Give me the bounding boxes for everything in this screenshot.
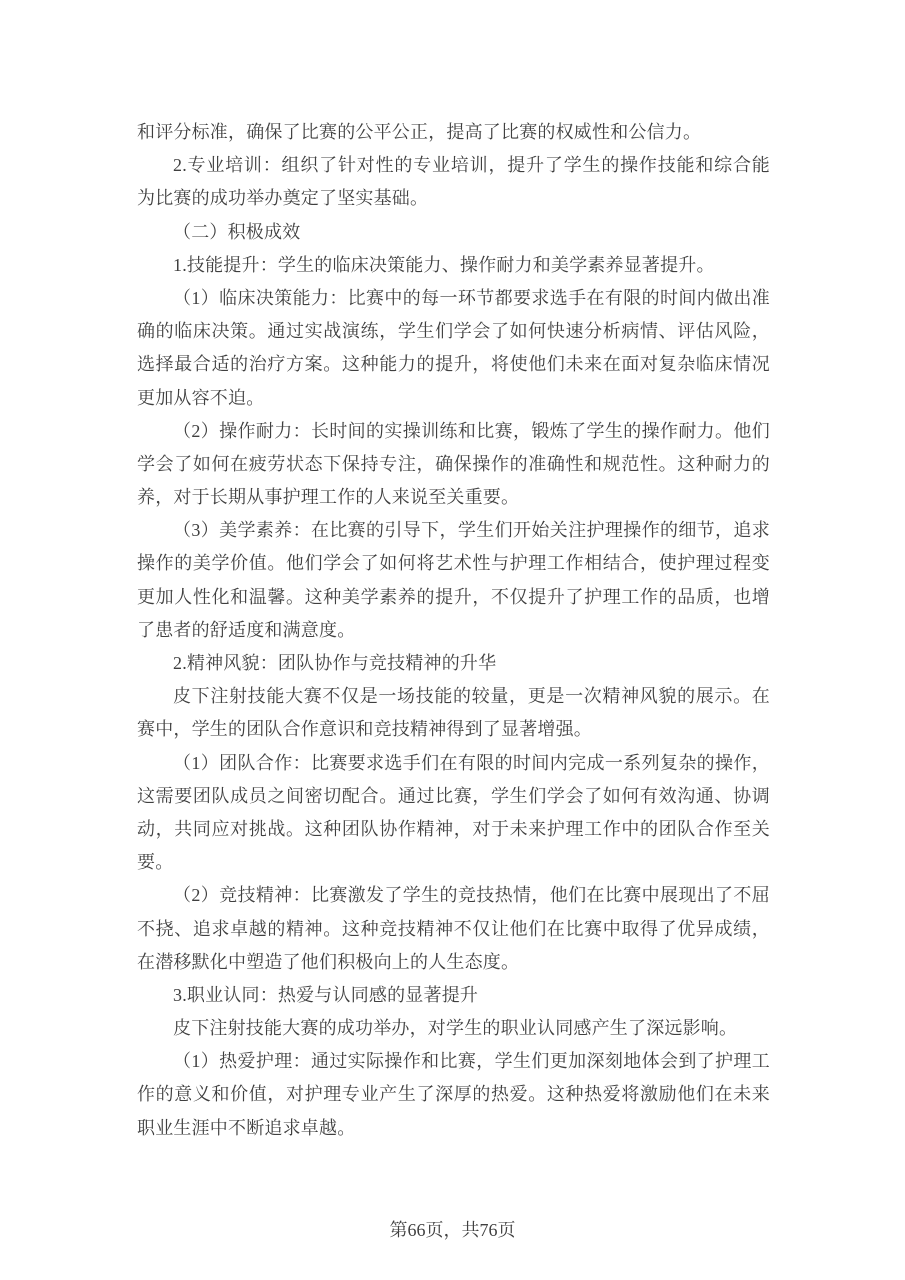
text-line: 2.精神风貌：团队协作与竞技精神的升华 bbox=[137, 647, 770, 680]
text-line: 这需要团队成员之间密切配合。通过比赛，学生们学会了如何有效沟通、协调行 bbox=[137, 780, 770, 813]
page-footer: 第66页，共76页 bbox=[0, 1218, 905, 1242]
text-line: 在潜移默化中塑造了他们积极向上的人生态度。 bbox=[137, 946, 770, 979]
text-line: 学会了如何在疲劳状态下保持专注，确保操作的准确性和规范性。这种耐力的培 bbox=[137, 448, 770, 481]
document-body: 和评分标准，确保了比赛的公平公正，提高了比赛的权威性和公信力。2.专业培训：组织… bbox=[137, 116, 770, 1145]
text-line: 养，对于长期从事护理工作的人来说至关重要。 bbox=[137, 481, 770, 514]
text-line: 为比赛的成功举办奠定了坚实基础。 bbox=[137, 182, 770, 215]
text-line: 赛中，学生的团队合作意识和竞技精神得到了显著增强。 bbox=[137, 713, 770, 746]
text-line: （1）团队合作：比赛要求选手们在有限的时间内完成一系列复杂的操作， bbox=[137, 747, 770, 780]
text-line: 2.专业培训：组织了针对性的专业培训，提升了学生的操作技能和综合能力， bbox=[137, 149, 770, 182]
text-line: （1）临床决策能力：比赛中的每一环节都要求选手在有限的时间内做出准 bbox=[137, 282, 770, 315]
text-line: （2）操作耐力：长时间的实操训练和比赛，锻炼了学生的操作耐力。他们 bbox=[137, 415, 770, 448]
text-line: 皮下注射技能大赛的成功举办，对学生的职业认同感产生了深远影响。 bbox=[137, 1012, 770, 1045]
text-line: 了患者的舒适度和满意度。 bbox=[137, 614, 770, 647]
text-line: （1）热爱护理：通过实际操作和比赛，学生们更加深刻地体会到了护理工 bbox=[137, 1045, 770, 1078]
text-line: 职业生涯中不断追求卓越。 bbox=[137, 1112, 770, 1145]
text-line: （二）积极成效 bbox=[137, 216, 770, 249]
text-line: 3.职业认同：热爱与认同感的显著提升 bbox=[137, 979, 770, 1012]
text-line: 皮下注射技能大赛不仅是一场技能的较量，更是一次精神风貌的展示。在比 bbox=[137, 680, 770, 713]
text-line: 操作的美学价值。他们学会了如何将艺术性与护理工作相结合，使护理过程变得 bbox=[137, 547, 770, 580]
document-page: 和评分标准，确保了比赛的公平公正，提高了比赛的权威性和公信力。2.专业培训：组织… bbox=[0, 0, 905, 1280]
text-line: 作的意义和价值，对护理专业产生了深厚的热爱。这种热爱将激励他们在未来的 bbox=[137, 1078, 770, 1111]
text-line: 确的临床决策。通过实战演练，学生们学会了如何快速分析病情、评估风险，并 bbox=[137, 315, 770, 348]
text-line: 和评分标准，确保了比赛的公平公正，提高了比赛的权威性和公信力。 bbox=[137, 116, 770, 149]
text-line: （2）竞技精神：比赛激发了学生的竞技热情，他们在比赛中展现出了不屈 bbox=[137, 879, 770, 912]
text-line: 更加人性化和温馨。这种美学素养的提升，不仅提升了护理工作的品质，也增强 bbox=[137, 581, 770, 614]
text-line: 1.技能提升：学生的临床决策能力、操作耐力和美学素养显著提升。 bbox=[137, 249, 770, 282]
text-line: 更加从容不迫。 bbox=[137, 382, 770, 415]
text-line: 不挠、追求卓越的精神。这种竞技精神不仅让他们在比赛中取得了优异成绩，更 bbox=[137, 913, 770, 946]
text-line: 要。 bbox=[137, 846, 770, 879]
text-line: （3）美学素养：在比赛的引导下，学生们开始关注护理操作的细节，追求 bbox=[137, 514, 770, 547]
text-line: 动，共同应对挑战。这种团队协作精神，对于未来护理工作中的团队合作至关重 bbox=[137, 813, 770, 846]
text-line: 选择最合适的治疗方案。这种能力的提升，将使他们未来在面对复杂临床情况时 bbox=[137, 348, 770, 381]
